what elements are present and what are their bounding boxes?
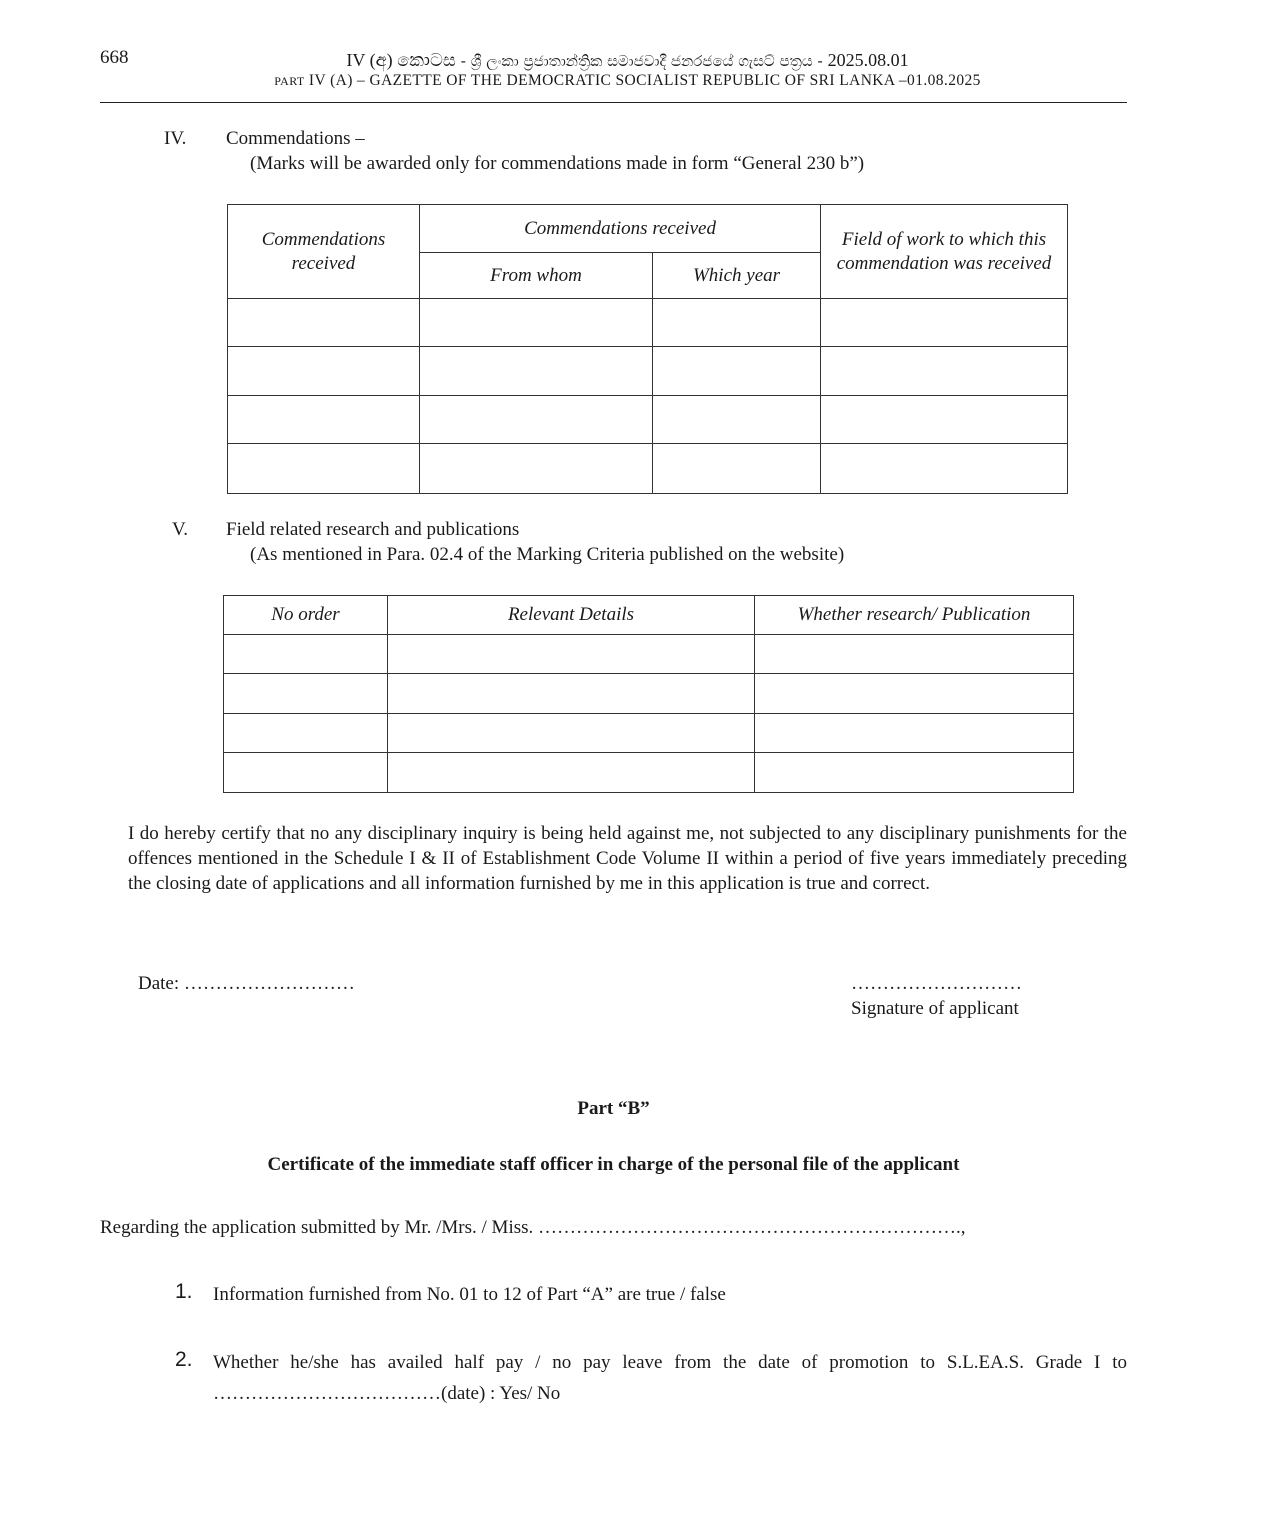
table-row — [224, 753, 1074, 793]
item-2-text: Whether he/she has availed half pay / no… — [213, 1350, 1127, 1375]
section-iv-title: Commendations – — [226, 126, 365, 151]
signature-line[interactable]: ……………………… — [851, 971, 1022, 996]
cell-commendation[interactable] — [228, 347, 420, 396]
section-v-numeral: V. — [172, 517, 188, 542]
cell-no-order[interactable] — [224, 635, 388, 674]
item-2-date-field[interactable]: ………………………………(date) : Yes/ No — [213, 1381, 560, 1406]
english-title: IV (A) – GAZETTE OF THE DEMOCRATIC SOCIA… — [305, 72, 981, 89]
table-row — [228, 396, 1068, 444]
table-row — [224, 635, 1074, 674]
section-iv-note: (Marks will be awarded only for commenda… — [250, 151, 864, 176]
table-row — [224, 674, 1074, 714]
cell-which-year[interactable] — [653, 444, 821, 494]
cell-which-year[interactable] — [653, 347, 821, 396]
english-header: Part IV (A) – GAZETTE OF THE DEMOCRATIC … — [0, 72, 1235, 90]
cell-field-of-work[interactable] — [821, 396, 1068, 444]
cell-no-order[interactable] — [224, 753, 388, 793]
section-v-title: Field related research and publications — [226, 517, 519, 542]
signature-label: Signature of applicant — [851, 996, 1019, 1021]
header-group-commendations-received: Commendations received — [420, 205, 821, 253]
research-publications-table: No order Relevant Details Whether resear… — [223, 595, 1074, 793]
cell-no-order[interactable] — [224, 714, 388, 753]
table-row — [228, 444, 1068, 494]
sinhala-date: 2025.08.01 — [828, 50, 909, 70]
header-no-order: No order — [224, 596, 388, 635]
cell-commendation[interactable] — [228, 444, 420, 494]
sinhala-part: IV (අ) කොටස — [346, 50, 455, 70]
commendations-table: Commendations received Commendations rec… — [227, 204, 1068, 494]
part-b-subtitle: Certificate of the immediate staff offic… — [0, 1152, 1227, 1177]
cell-relevant-details[interactable] — [388, 635, 755, 674]
table-row — [228, 347, 1068, 396]
cell-research-publication[interactable] — [755, 753, 1074, 793]
item-1-number: 1. — [175, 1280, 193, 1304]
cell-field-of-work[interactable] — [821, 347, 1068, 396]
table-header-row: No order Relevant Details Whether resear… — [224, 596, 1074, 635]
date-field[interactable]: Date: ……………………… — [138, 971, 355, 996]
cell-from-whom[interactable] — [420, 396, 653, 444]
header-which-year: Which year — [653, 253, 821, 299]
cell-from-whom[interactable] — [420, 299, 653, 347]
cell-relevant-details[interactable] — [388, 714, 755, 753]
table-header-row: Commendations received Commendations rec… — [228, 205, 1068, 253]
header-divider — [100, 102, 1127, 103]
cell-research-publication[interactable] — [755, 714, 1074, 753]
table-row — [228, 299, 1068, 347]
cell-field-of-work[interactable] — [821, 299, 1068, 347]
header-relevant-details: Relevant Details — [388, 596, 755, 635]
section-v-note: (As mentioned in Para. 02.4 of the Marki… — [250, 542, 844, 567]
header-commendations-received: Commendations received — [228, 205, 420, 299]
cell-no-order[interactable] — [224, 674, 388, 714]
part-b-title: Part “B” — [0, 1096, 1227, 1121]
cell-research-publication[interactable] — [755, 635, 1074, 674]
cell-which-year[interactable] — [653, 299, 821, 347]
header-from-whom: From whom — [420, 253, 653, 299]
cell-from-whom[interactable] — [420, 444, 653, 494]
cell-commendation[interactable] — [228, 396, 420, 444]
section-iv-numeral: IV. — [164, 126, 186, 151]
item-2-number: 2. — [175, 1348, 193, 1372]
english-part-prefix: Part — [274, 74, 304, 88]
cell-commendation[interactable] — [228, 299, 420, 347]
item-1-text: Information furnished from No. 01 to 12 … — [213, 1282, 726, 1307]
sinhala-header: IV (අ) කොටස - ශ්‍රී ලංකා ප්‍රජාතාන්ත්‍රි… — [0, 50, 1235, 71]
cell-relevant-details[interactable] — [388, 753, 755, 793]
header-field-of-work: Field of work to which this commendation… — [821, 205, 1068, 299]
cell-research-publication[interactable] — [755, 674, 1074, 714]
cell-which-year[interactable] — [653, 396, 821, 444]
cell-relevant-details[interactable] — [388, 674, 755, 714]
header-research-publication: Whether research/ Publication — [755, 596, 1074, 635]
table-row — [224, 714, 1074, 753]
certification-paragraph: I do hereby certify that no any discipli… — [128, 821, 1127, 896]
cell-field-of-work[interactable] — [821, 444, 1068, 494]
sinhala-title: - ශ්‍රී ලංකා ප්‍රජාතාන්ත්‍රික සමාජවාදී ජ… — [456, 52, 828, 70]
regarding-applicant-line[interactable]: Regarding the application submitted by M… — [100, 1215, 966, 1240]
cell-from-whom[interactable] — [420, 347, 653, 396]
